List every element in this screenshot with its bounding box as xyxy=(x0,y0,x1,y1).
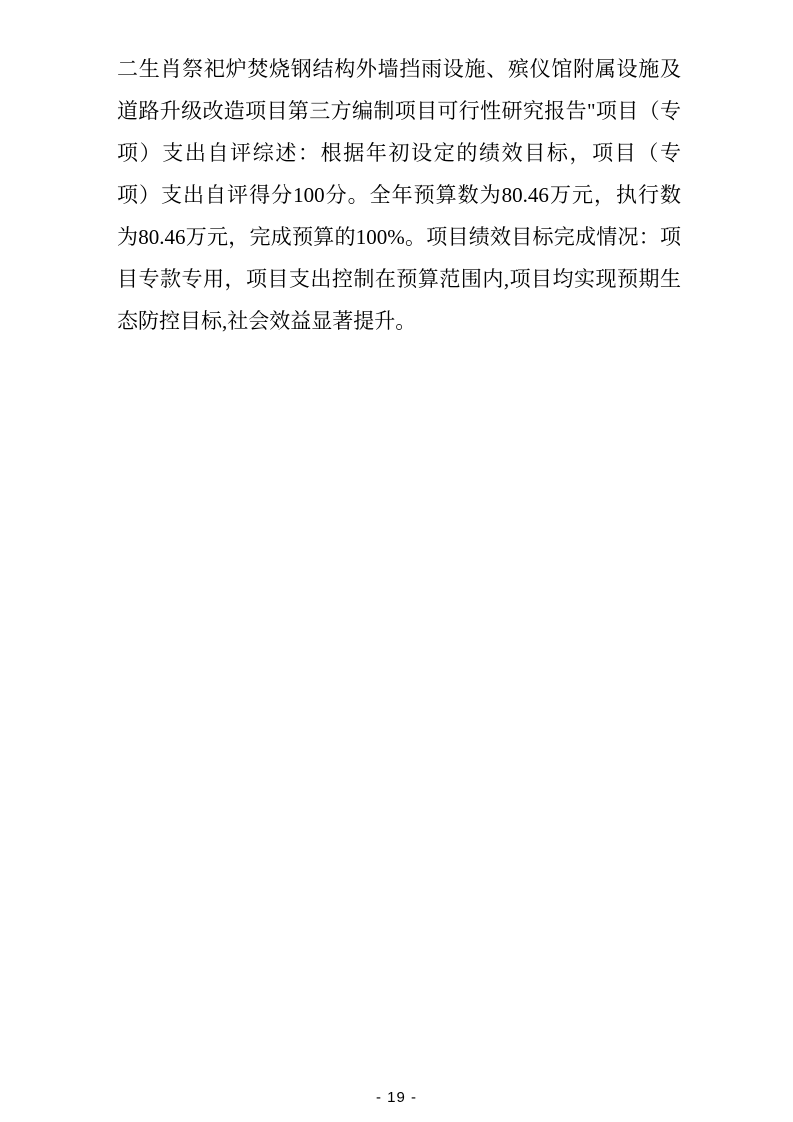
paragraph-line: 为80.46万元，完成预算的100%。项目绩效目标完成情况：项 xyxy=(117,216,681,258)
paragraph-line: 道路升级改造项目第三方编制项目可行性研究报告"项目（专 xyxy=(117,90,681,132)
page-footer: - 19 - xyxy=(0,1089,793,1107)
document-page: 二生肖祭祀炉焚烧钢结构外墙挡雨设施、殡仪馆附属设施及 道路升级改造项目第三方编制… xyxy=(0,0,793,1122)
paragraph-line: 目专款专用，项目支出控制在预算范围内,项目均实现预期生 xyxy=(117,258,681,300)
body-paragraph: 二生肖祭祀炉焚烧钢结构外墙挡雨设施、殡仪馆附属设施及 道路升级改造项目第三方编制… xyxy=(117,48,681,342)
paragraph-line: 二生肖祭祀炉焚烧钢结构外墙挡雨设施、殡仪馆附属设施及 xyxy=(117,48,681,90)
page-number: - 19 - xyxy=(376,1089,417,1106)
paragraph-line: 项）支出自评综述：根据年初设定的绩效目标，项目（专 xyxy=(117,132,681,174)
paragraph-line: 项）支出自评得分100分。全年预算数为80.46万元，执行数 xyxy=(117,174,681,216)
paragraph-line: 态防控目标,社会效益显著提升。 xyxy=(117,300,681,342)
